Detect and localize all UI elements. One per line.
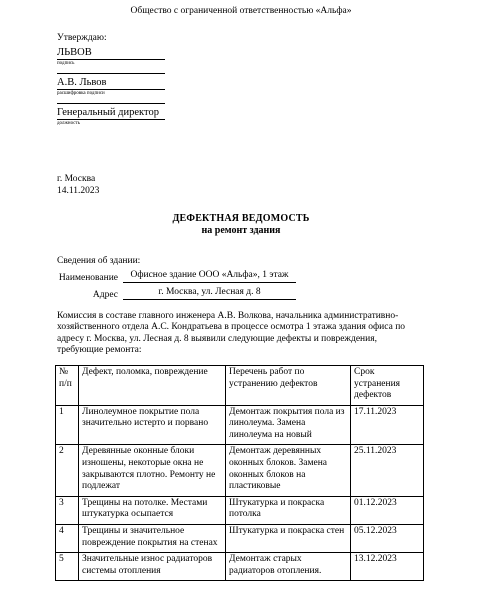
company-name: Общество с ограниченной ответственностью…: [57, 6, 425, 16]
cell-works: Штукатурка и покраска стен: [226, 524, 351, 552]
header-cell-defect: Дефект, поломка, повреждение: [79, 366, 226, 406]
cell-deadline: 05.12.2023: [351, 524, 424, 552]
signature-field-name: А.В. Львов расшифровка подписи: [57, 73, 165, 96]
place-date-block: г. Москва 14.11.2023: [57, 173, 425, 198]
cell-works: Штукатурка и покраска потолка: [226, 496, 351, 524]
cell-defect: Трещины на потолке. Местами штукатурка о…: [79, 496, 226, 524]
table-header-row: № п/п Дефект, поломка, повреждение Переч…: [56, 366, 424, 406]
table-row: 5 Значительные износ радиаторов системы …: [56, 553, 424, 581]
cell-works: Демонтаж деревянных оконных блоков. Заме…: [226, 445, 351, 496]
defects-table: № п/п Дефект, поломка, повреждение Переч…: [55, 365, 424, 581]
cell-number: 3: [56, 496, 79, 524]
cell-defect: Деревянные оконные блоки изношены, некот…: [79, 445, 226, 496]
building-address-label: Адрес: [57, 290, 118, 300]
date-line: 14.11.2023: [57, 185, 425, 197]
cell-defect: Линолеумное покрытие пола значительно ис…: [79, 405, 226, 445]
commission-paragraph: Комиссия в составе главного инженера А.В…: [57, 311, 423, 357]
signature-position-value: Генеральный директор: [57, 107, 165, 120]
header-cell-works: Перечень работ по устранению дефектов: [226, 366, 351, 406]
document-subtitle: на ремонт здания: [57, 225, 425, 236]
cell-deadline: 25.11.2023: [351, 445, 424, 496]
approval-label: Утверждаю:: [57, 33, 165, 43]
building-address-value: г. Москва, ул. Лесная д. 8: [123, 287, 296, 300]
cell-deadline: 01.12.2023: [351, 496, 424, 524]
building-name-value: Офисное здание ООО «Альфа», 1 этаж: [123, 270, 296, 283]
document-page: Общество с ограниченной ответственностью…: [0, 0, 477, 600]
table-row: 4 Трещины и значительное повреждение пок…: [56, 524, 424, 552]
signature-position-caption: должность: [57, 120, 165, 126]
cell-number: 4: [56, 524, 79, 552]
cell-number: 1: [56, 405, 79, 445]
header-cell-number: № п/п: [56, 366, 79, 406]
signature-caption: подпись: [57, 60, 165, 66]
cell-number: 2: [56, 445, 79, 496]
cell-deadline: 17.11.2023: [351, 405, 424, 445]
cell-number: 5: [56, 553, 79, 581]
document-title: ДЕФЕКТНАЯ ВЕДОМОСТЬ: [57, 213, 425, 224]
signature-name-value: А.В. Львов: [57, 77, 165, 90]
header-cell-deadline: Срок устранения дефектов: [351, 366, 424, 406]
building-field-row-address: Адрес г. Москва, ул. Лесная д. 8: [57, 287, 425, 300]
cell-defect: Значительные износ радиаторов системы от…: [79, 553, 226, 581]
building-info-heading: Сведения об здании:: [57, 256, 425, 266]
signature-field-position: Генеральный директор должность: [57, 103, 165, 126]
city-line: г. Москва: [57, 173, 425, 185]
signature-name-caption: расшифровка подписи: [57, 90, 165, 96]
building-field-row-name: Наименование Офисное здание ООО «Альфа»,…: [57, 270, 425, 283]
table-row: 2 Деревянные оконные блоки изношены, нек…: [56, 445, 424, 496]
cell-works: Демонтаж покрытия пола из линолеума. Зам…: [226, 405, 351, 445]
cell-works: Демонтаж старых радиаторов отопления.: [226, 553, 351, 581]
building-name-label: Наименование: [57, 273, 118, 283]
cell-defect: Трещины и значительное повреждение покры…: [79, 524, 226, 552]
signature-field-signature: ЛЬВОВ подпись: [57, 47, 165, 66]
table-row: 3 Трещины на потолке. Местами штукатурка…: [56, 496, 424, 524]
cell-deadline: 13.12.2023: [351, 553, 424, 581]
table-row: 1 Линолеумное покрытие пола значительно …: [56, 405, 424, 445]
approval-block: Утверждаю: ЛЬВОВ подпись А.В. Львов расш…: [57, 33, 165, 126]
signature-value: ЛЬВОВ: [57, 47, 165, 60]
